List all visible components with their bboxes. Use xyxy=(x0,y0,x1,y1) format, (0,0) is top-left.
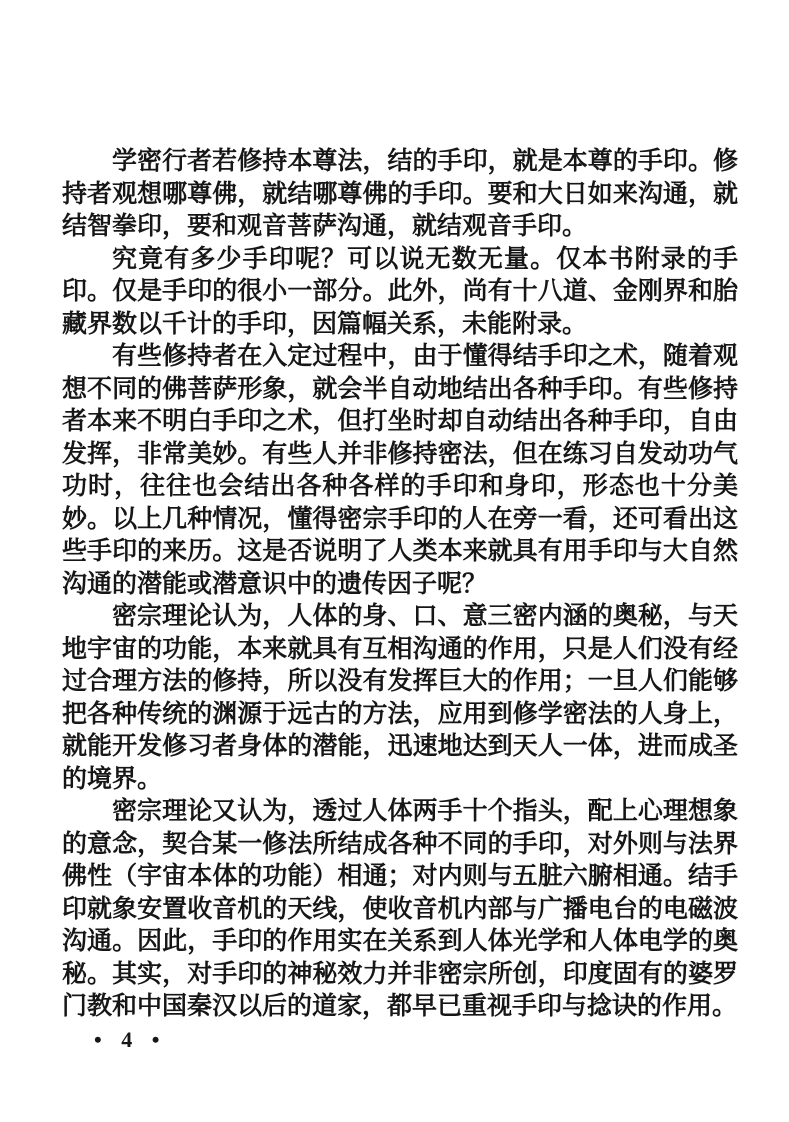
paragraph-3: 有些修持者在入定过程中，由于懂得结手印之术，随着观想不同的佛菩萨形象，就会半自动… xyxy=(62,341,738,601)
page-number: • 4 • xyxy=(94,1027,166,1053)
paragraph-2: 究竟有多少手印呢？可以说无数无量。仅本书附录的手印。仅是手印的很小一部分。此外，… xyxy=(62,244,738,342)
paragraph-5: 密宗理论又认为，透过人体两手十个指头，配上心理想象的意念，契合某一修法所结成各种… xyxy=(62,796,738,1024)
paragraph-4: 密宗理论认为，人体的身、口、意三密内涵的奥秘，与天地宇宙的功能，本来就具有互相沟… xyxy=(62,601,738,796)
paragraph-1: 学密行者若修持本尊法，结的手印，就是本尊的手印。修持者观想哪尊佛，就结哪尊佛的手… xyxy=(62,146,738,244)
scanned-book-page: 学密行者若修持本尊法，结的手印，就是本尊的手印。修持者观想哪尊佛，就结哪尊佛的手… xyxy=(0,0,789,1122)
body-text-column: 学密行者若修持本尊法，结的手印，就是本尊的手印。修持者观想哪尊佛，就结哪尊佛的手… xyxy=(62,146,738,1024)
